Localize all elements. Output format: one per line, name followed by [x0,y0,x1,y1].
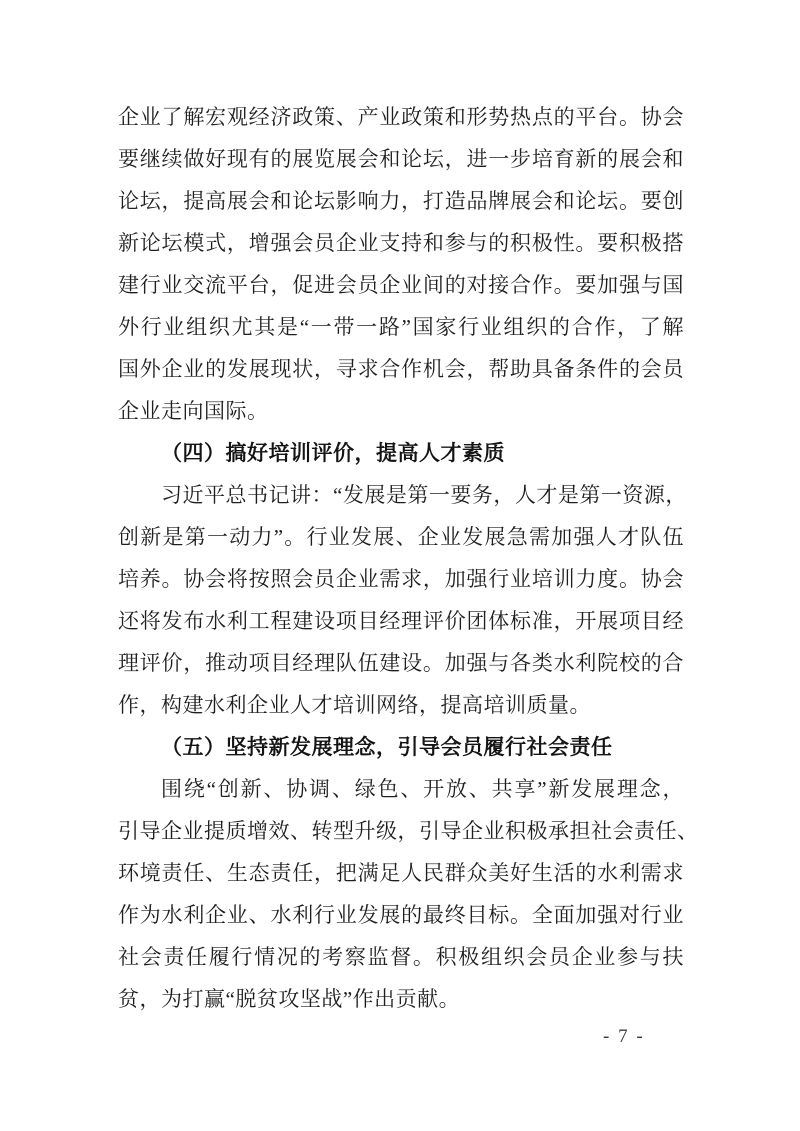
section-heading-four: （四）搞好培训评价，提高人才素质 [118,432,684,474]
text-line: 社会责任履行情况的考察监督。积极组织会员企业参与扶 [118,936,684,978]
text-line: 建行业交流平台，促进会员企业间的对接合作。要加强与国 [118,264,684,306]
text-line: 贫，为打赢“脱贫攻坚战”作出贡献。 [118,978,684,1020]
text-line: 围绕“创新、协调、绿色、开放、共享”新发展理念， [118,768,684,810]
page-number: - 7 - [603,1022,645,1052]
text-line: 企业了解宏观经济政策、产业政策和形势热点的平台。协会 [118,96,684,138]
text-line: 作为水利企业、水利行业发展的最终目标。全面加强对行业 [118,894,684,936]
text-line: 理评价，推动项目经理队伍建设。加强与各类水利院校的合 [118,642,684,684]
text-line: 新论坛模式，增强会员企业支持和参与的积极性。要积极搭 [118,222,684,264]
text-line: 培养。协会将按照会员企业需求，加强行业培训力度。协会 [118,558,684,600]
text-line: 还将发布水利工程建设项目经理评价团体标准，开展项目经 [118,600,684,642]
text-line: 要继续做好现有的展览展会和论坛，进一步培育新的展会和 [118,138,684,180]
text-line: 习近平总书记讲：“发展是第一要务，人才是第一资源， [118,474,684,516]
text-line: 外行业组织尤其是“一带一路”国家行业组织的合作，了解 [118,306,684,348]
text-line: 国外企业的发展现状，寻求合作机会，帮助具备条件的会员 [118,348,684,390]
text-line: 环境责任、生态责任，把满足人民群众美好生活的水利需求 [118,852,684,894]
text-line: 论坛，提高展会和论坛影响力，打造品牌展会和论坛。要创 [118,180,684,222]
document-body: 企业了解宏观经济政策、产业政策和形势热点的平台。协会 要继续做好现有的展览展会和… [118,96,684,1020]
text-line: 创新是第一动力”。行业发展、企业发展急需加强人才队伍 [118,516,684,558]
text-line: 企业走向国际。 [118,390,684,432]
section-heading-five: （五）坚持新发展理念，引导会员履行社会责任 [118,726,684,768]
text-line: 引导企业提质增效、转型升级，引导企业积极承担社会责任、 [118,810,684,852]
document-page: 企业了解宏观经济政策、产业政策和形势热点的平台。协会 要继续做好现有的展览展会和… [0,0,800,1131]
text-line: 作，构建水利企业人才培训网络，提高培训质量。 [118,684,684,726]
